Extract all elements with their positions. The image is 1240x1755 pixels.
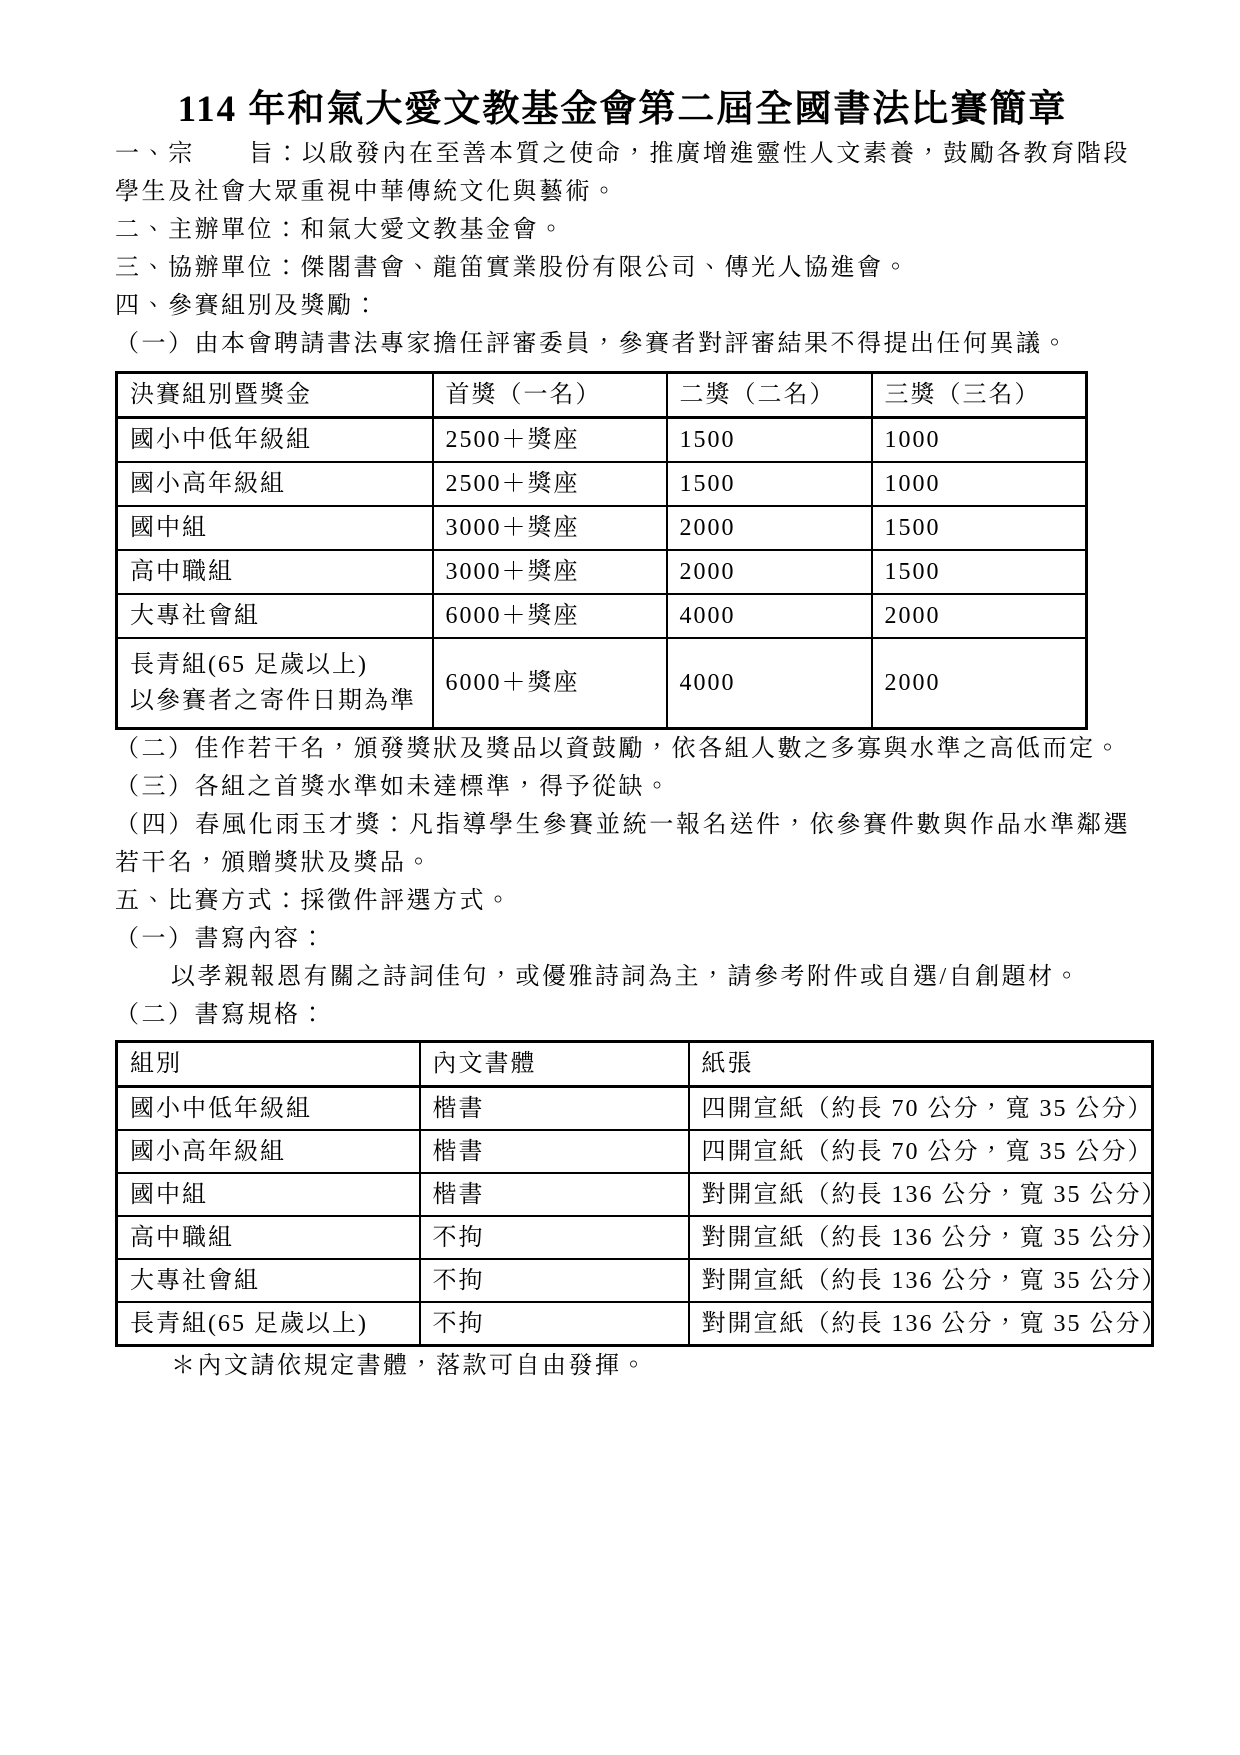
table-cell: 大專社會組 <box>117 594 433 638</box>
table-cell: 國小中低年級組 <box>117 1087 420 1131</box>
table-cell: 高中職組 <box>117 550 433 594</box>
document-page: 114 年和氣大愛文教基金會第二屆全國書法比賽簡章 一、宗 旨：以啟發內在至善本… <box>0 0 1240 1755</box>
table-cell: 國小中低年級組 <box>117 418 433 463</box>
format-table-row: 國中組 楷書 對開宣紙（約長 136 公分，寬 35 公分） <box>117 1173 1153 1216</box>
paragraph-writing-content-detail: 以孝親報恩有關之詩詞佳句，或優雅詩詞為主，請參考附件或自選/自創題材。 <box>171 958 1130 996</box>
table-cell: 四開宣紙（約長 70 公分，寬 35 公分） <box>689 1130 1153 1173</box>
table-cell: 對開宣紙（約長 136 公分，寬 35 公分） <box>689 1173 1153 1216</box>
table-cell: 2000 <box>667 550 872 594</box>
format-table-row: 國小中低年級組 楷書 四開宣紙（約長 70 公分，寬 35 公分） <box>117 1087 1153 1131</box>
table-cell: 2000 <box>872 638 1087 729</box>
table-cell: 長青組(65 足歲以上) <box>117 1302 420 1346</box>
format-header-paper: 紙張 <box>689 1042 1153 1087</box>
paragraph-organizer: 二、主辦單位：和氣大愛文教基金會。 <box>115 211 1130 249</box>
senior-group-note: 以參賽者之寄件日期為準 <box>130 683 420 719</box>
format-header-group: 組別 <box>117 1042 420 1087</box>
table-cell: 3000＋獎座 <box>433 506 667 550</box>
table-cell: 國中組 <box>117 506 433 550</box>
table-cell: 楷書 <box>420 1173 689 1216</box>
format-table-row: 國小高年級組 楷書 四開宣紙（約長 70 公分，寬 35 公分） <box>117 1130 1153 1173</box>
format-table-header-row: 組別 內文書體 紙張 <box>117 1042 1153 1087</box>
table-cell: 對開宣紙（約長 136 公分，寬 35 公分） <box>689 1216 1153 1259</box>
table-cell: 不拘 <box>420 1259 689 1302</box>
table-cell: 1500 <box>667 418 872 463</box>
awards-table-row: 長青組(65 足歲以上) 以參賽者之寄件日期為準 6000＋獎座 4000 20… <box>117 638 1087 729</box>
table-cell: 2500＋獎座 <box>433 462 667 506</box>
paragraph-co-organizers: 三、協辦單位：傑閣書會、龍笛實業股份有限公司、傳光人協進會。 <box>115 249 1130 287</box>
table-cell: 3000＋獎座 <box>433 550 667 594</box>
table-cell: 四開宣紙（約長 70 公分，寬 35 公分） <box>689 1087 1153 1131</box>
format-table-row: 高中職組 不拘 對開宣紙（約長 136 公分，寬 35 公分） <box>117 1216 1153 1259</box>
table-cell: 國中組 <box>117 1173 420 1216</box>
awards-table-row: 國小中低年級組 2500＋獎座 1500 1000 <box>117 418 1087 463</box>
table-cell: 1000 <box>872 418 1087 463</box>
table-cell: 對開宣紙（約長 136 公分，寬 35 公分） <box>689 1259 1153 1302</box>
table-cell: 大專社會組 <box>117 1259 420 1302</box>
heading-writing-content: （一）書寫內容： <box>115 920 1130 958</box>
table-cell: 2000 <box>872 594 1087 638</box>
table-cell: 楷書 <box>420 1087 689 1131</box>
table-cell: 國小高年級組 <box>117 462 433 506</box>
table-cell: 4000 <box>667 594 872 638</box>
table-cell: 不拘 <box>420 1302 689 1346</box>
heading-section5: 五、比賽方式：採徵件評選方式。 <box>115 882 1130 920</box>
awards-table-row: 高中職組 3000＋獎座 2000 1500 <box>117 550 1087 594</box>
table-cell: 國小高年級組 <box>117 1130 420 1173</box>
table-cell: 1500 <box>872 550 1087 594</box>
paragraph-footnote: ＊內文請依規定書體，落款可自由發揮。 <box>171 1347 1130 1385</box>
paragraph-vacancy-note: （三）各組之首獎水準如未達標準，得予從缺。 <box>115 768 1130 806</box>
format-table-row: 長青組(65 足歲以上) 不拘 對開宣紙（約長 136 公分，寬 35 公分） <box>117 1302 1153 1346</box>
table-cell: 高中職組 <box>117 1216 420 1259</box>
paragraph-purpose: 一、宗 旨：以啟發內在至善本質之使命，推廣增進靈性人文素養，鼓勵各教育階段學生及… <box>115 135 1130 211</box>
awards-header-second-prize: 二獎（二名） <box>667 373 872 418</box>
awards-table-row: 國中組 3000＋獎座 2000 1500 <box>117 506 1087 550</box>
table-cell: 6000＋獎座 <box>433 594 667 638</box>
heading-writing-format: （二）書寫規格： <box>115 996 1130 1034</box>
format-table: 組別 內文書體 紙張 國小中低年級組 楷書 四開宣紙（約長 70 公分，寬 35… <box>115 1040 1154 1347</box>
awards-table-row: 國小高年級組 2500＋獎座 1500 1000 <box>117 462 1087 506</box>
table-cell: 1500 <box>872 506 1087 550</box>
awards-header-first-prize: 首獎（一名） <box>433 373 667 418</box>
table-cell: 不拘 <box>420 1216 689 1259</box>
awards-table: 決賽組別暨獎金 首獎（一名） 二獎（二名） 三獎（三名） 國小中低年級組 250… <box>115 371 1088 730</box>
paragraph-merit-note: （二）佳作若干名，頒發獎狀及獎品以資鼓勵，依各組人數之多寡與水準之高低而定。 <box>115 730 1130 768</box>
awards-header-third-prize: 三獎（三名） <box>872 373 1087 418</box>
table-cell: 2000 <box>667 506 872 550</box>
table-cell: 長青組(65 足歲以上) 以參賽者之寄件日期為準 <box>117 638 433 729</box>
table-cell: 對開宣紙（約長 136 公分，寬 35 公分） <box>689 1302 1153 1346</box>
table-cell: 6000＋獎座 <box>433 638 667 729</box>
table-cell: 2500＋獎座 <box>433 418 667 463</box>
table-cell: 4000 <box>667 638 872 729</box>
paragraph-teacher-award-note: （四）春風化雨玉才獎：凡指導學生參賽並統一報名送件，依參賽件數與作品水準鄰選若干… <box>115 806 1130 882</box>
awards-table-header-row: 決賽組別暨獎金 首獎（一名） 二獎（二名） 三獎（三名） <box>117 373 1087 418</box>
awards-header-group: 決賽組別暨獎金 <box>117 373 433 418</box>
heading-section4: 四、參賽組別及獎勵： <box>115 287 1130 325</box>
table-cell: 1500 <box>667 462 872 506</box>
document-title: 114 年和氣大愛文教基金會第二屆全國書法比賽簡章 <box>115 85 1130 135</box>
format-header-script: 內文書體 <box>420 1042 689 1087</box>
table-cell: 楷書 <box>420 1130 689 1173</box>
paragraph-judging-note: （一）由本會聘請書法專家擔任評審委員，參賽者對評審結果不得提出任何異議。 <box>115 325 1130 363</box>
senior-group-label: 長青組(65 足歲以上) <box>130 647 420 683</box>
format-table-row: 大專社會組 不拘 對開宣紙（約長 136 公分，寬 35 公分） <box>117 1259 1153 1302</box>
table-cell: 1000 <box>872 462 1087 506</box>
awards-table-row: 大專社會組 6000＋獎座 4000 2000 <box>117 594 1087 638</box>
